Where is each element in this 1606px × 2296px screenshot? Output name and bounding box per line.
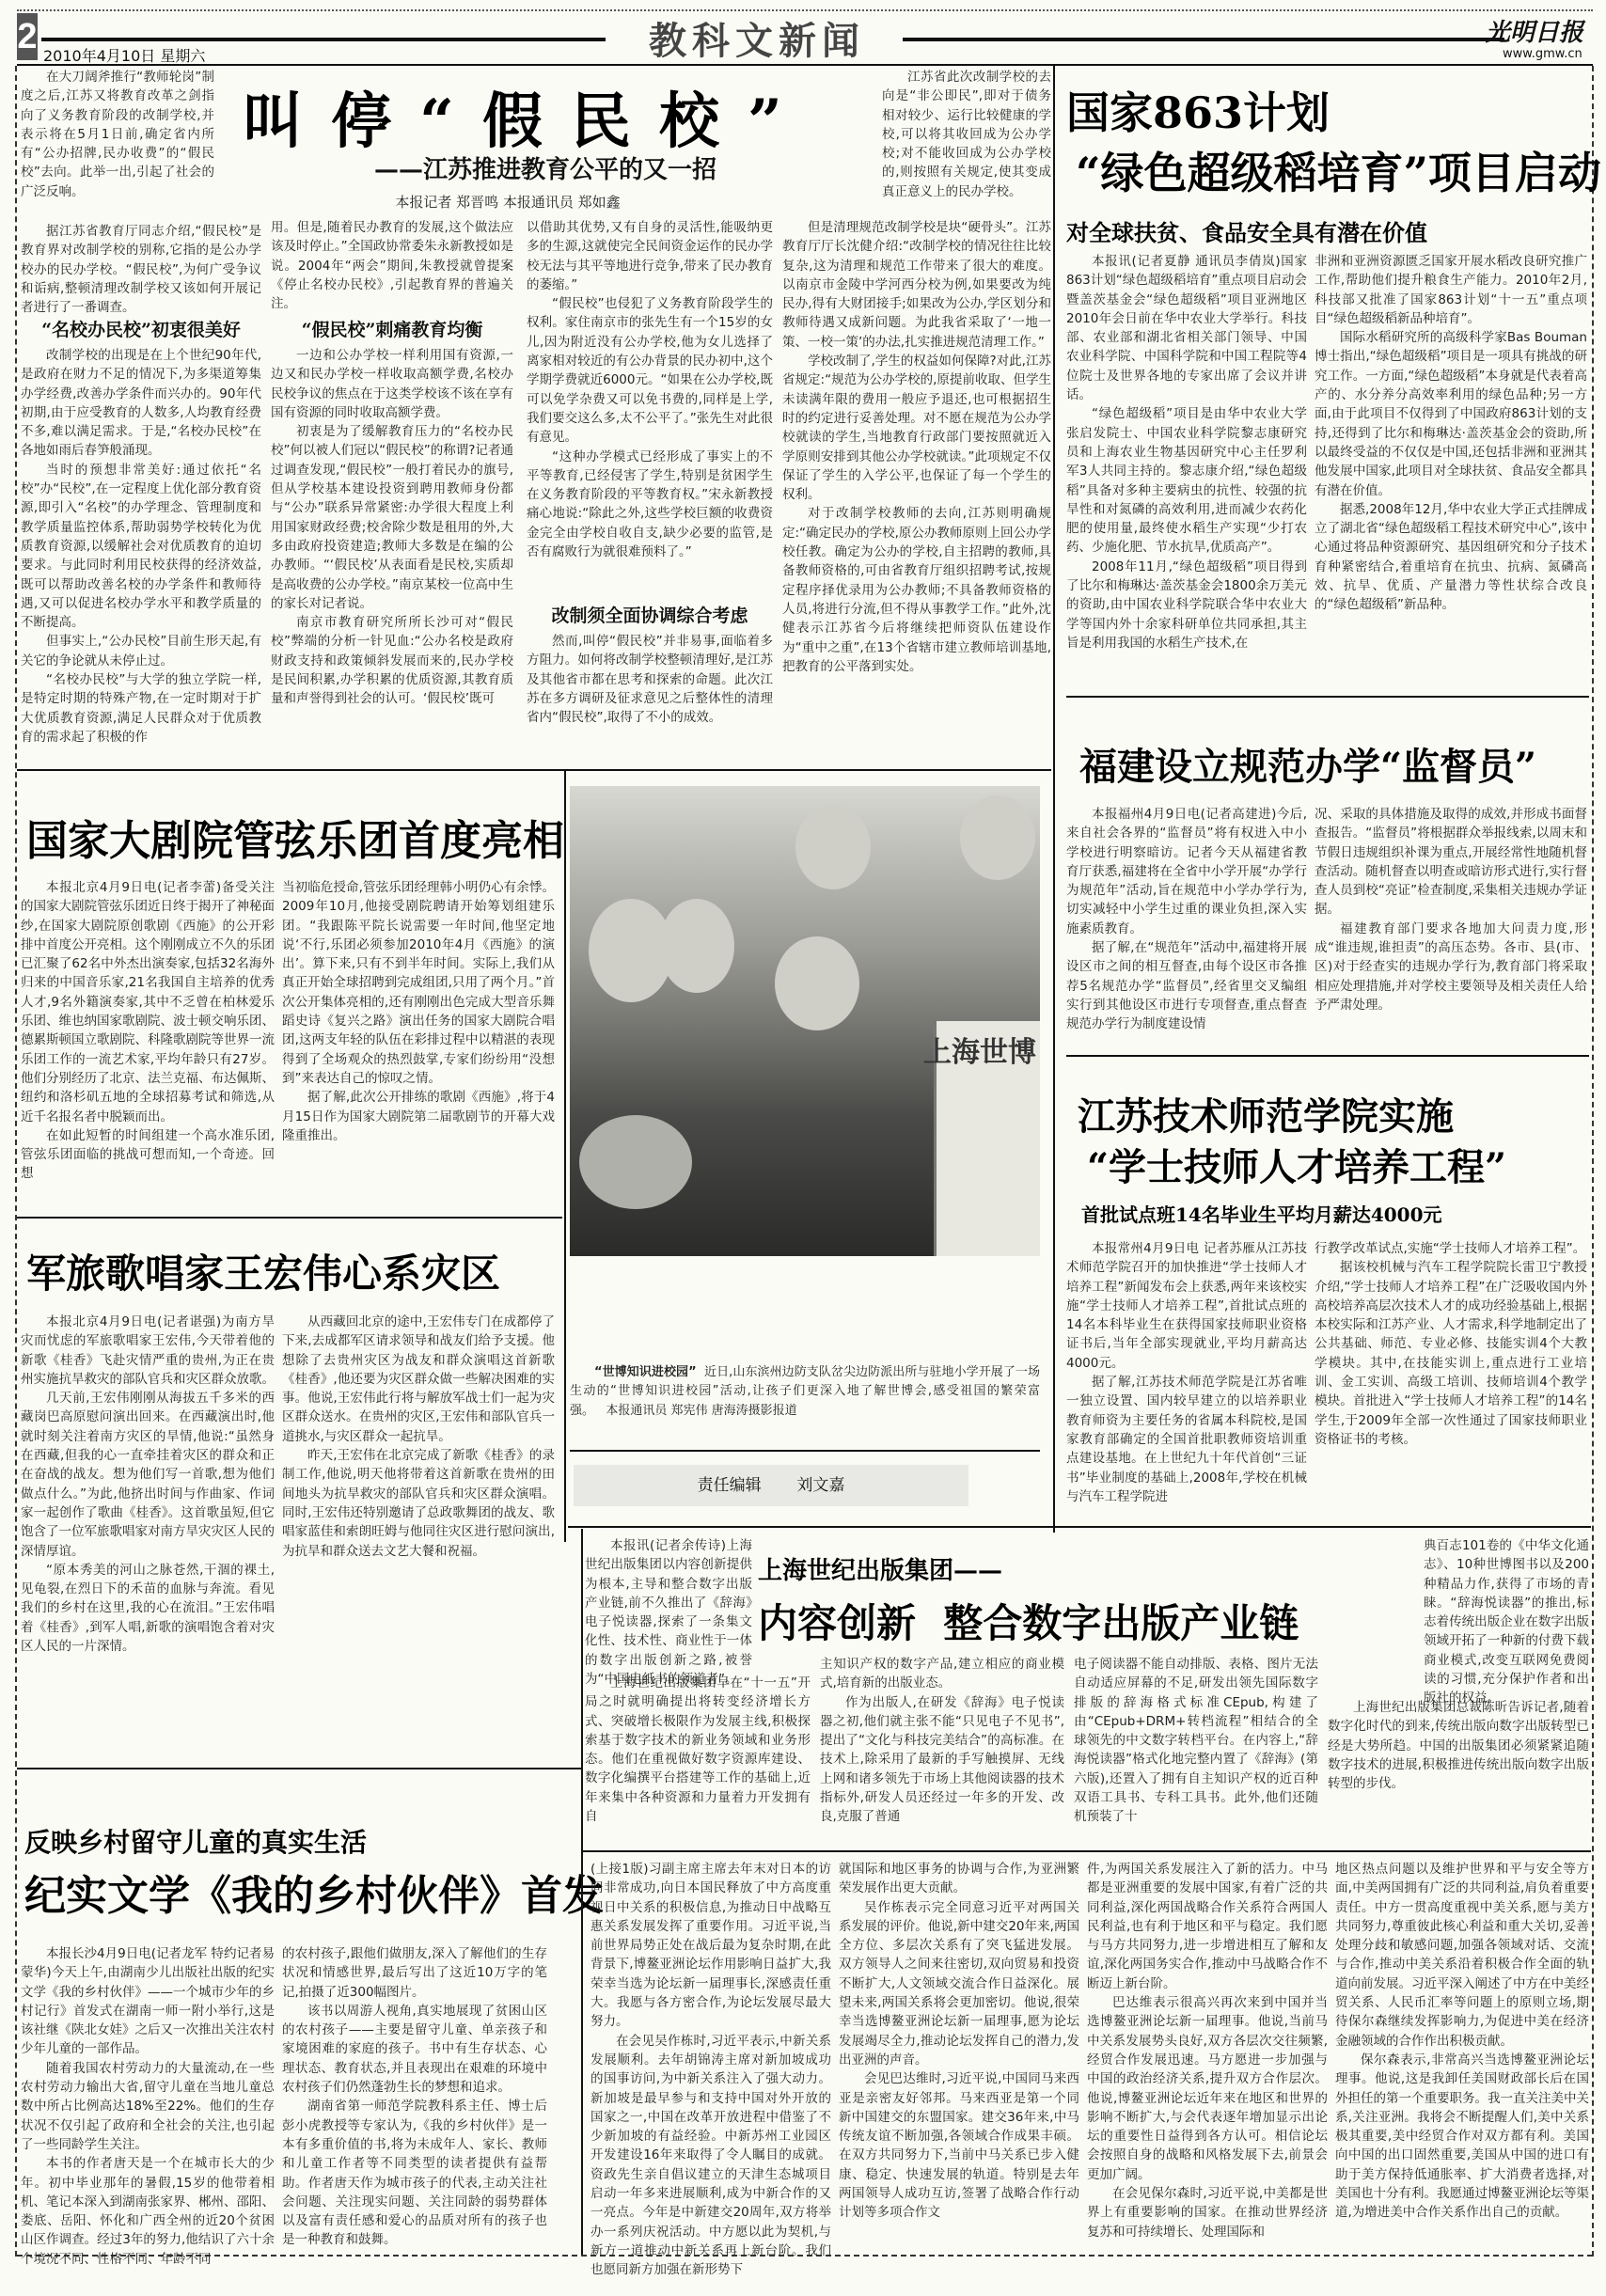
editor-label: 责任编辑 <box>698 1476 762 1495</box>
article-column: 然而,叫停“假民校”并非易事,面临着多方阻力。如何将改制学校整顿清理好,是江苏及… <box>527 632 773 727</box>
column-divider <box>1053 66 1055 1533</box>
article-headline: 福建设立规范办学“监督员” <box>1079 737 1536 791</box>
article-column: 上海世纪出版集团总裁陈昕告诉记者,随着数字化时代的到来,传统出版向数字出版转型已… <box>1328 1698 1589 1793</box>
continued-note[interactable]: (上接1版) <box>590 1862 649 1877</box>
article-column: 据江苏省教育厅同志介绍,“假民校”是教育界对改制学校的别称,它指的是公办学校办的… <box>21 222 261 317</box>
article-column: 改制学校的出现是在上个世纪90年代,是政府在财力不足的情况下,为多渠道筹集办学经… <box>21 346 261 747</box>
editor-name: 刘文嘉 <box>796 1476 844 1495</box>
article-column: 用。但是,随着民办教育的发展,这个做法应该及时停止。”全国政协常委朱永新教授如是… <box>271 218 513 313</box>
article-column: 但是清理规范改制学校是块“硬骨头”。江苏教育厅厅长沈健介绍:“改制学校的情况往往… <box>782 218 1051 676</box>
newspaper-logo: 光明日报 <box>1486 13 1583 48</box>
caption-title: “世博知识进校园” <box>594 1365 697 1379</box>
expo-poster-text: 上海世博 <box>923 1029 1036 1070</box>
article-column: 的农村孩子,跟他们做朋友,深入了解他们的生存状况和情感世界,最后写出了这近10万… <box>282 1944 547 2250</box>
masthead-rule-left <box>41 38 606 41</box>
article-column: 本报北京4月9日电(记者李蕾)备受关注的国家大剧院管弦乐团近日终于揭开了神秘面纱… <box>21 878 275 1184</box>
article-byline: 本报记者 郑晋鸣 本报通讯员 郑如鑫 <box>329 192 686 212</box>
article-kicker: 上海世纪出版集团—— <box>758 1551 1002 1586</box>
section-title: 教科文新闻 <box>616 11 898 65</box>
column-divider <box>581 1529 583 2255</box>
page-border-left <box>15 66 17 2257</box>
article-headline: 江苏技术师范学院实施 <box>1078 1087 1454 1140</box>
article-kicker: 反映乡村留守儿童的真实生活 <box>24 1822 367 1860</box>
article-lead: 在大刀阔斧推行“教师轮岗”制度之后,江苏又将教育改革之剑指向了义务教育阶段的改制… <box>21 68 214 201</box>
divider <box>568 1526 1591 1528</box>
article-subheadline: 首批试点班14名毕业生平均月薪达4000元 <box>1081 1200 1442 1227</box>
article-headline: 国家863计划 <box>1066 79 1330 141</box>
issue-date: 2010年4月10日 星期六 <box>43 44 205 66</box>
article-column: 电子阅读器不能自动排版、表格、图片无法自动适应屏幕的不足,研发出领先国际数字排版… <box>1074 1655 1318 1827</box>
masthead-rule-right <box>903 38 1504 41</box>
article-column: (上接1版)习副主席主席去年末对日本的访问非常成功,向日本国民释放了中方高度重视… <box>590 1860 831 2280</box>
article-subheadline: 对全球扶贫、食品安全具有潜在价值 <box>1066 214 1427 247</box>
responsible-editor-box: 责任编辑 刘文嘉 <box>574 1465 968 1506</box>
article-column: 行教学改革试点,实施“学士技师人才培养工程”。 据该校机械与汽车工程学院院长雷卫… <box>1315 1239 1587 1449</box>
article-headline: “学士技师人才培养工程” <box>1087 1138 1506 1191</box>
article-headline: “绿色超级稻培育”项目启动 <box>1076 139 1601 201</box>
page-border-right <box>1592 66 1594 2257</box>
column-divider <box>564 771 566 1542</box>
section-heading: “假民校”刺痛教育均衡 <box>271 316 513 341</box>
article-headline: 叫停“假民校” <box>226 73 827 160</box>
article-column: 江苏省此次改制学校的去向是“非公即民”,即对于债务相对较少、运行比较健康的学校,… <box>882 68 1051 201</box>
divider <box>583 1850 1591 1852</box>
article-headline: 纪实文学《我的乡村伙伴》首发 <box>24 1862 604 1922</box>
photo-caption: “世博知识进校园” 近日,山东滨州边防支队岔尖边防派出所与驻地小学开展了一场生动… <box>570 1363 1040 1421</box>
article-column: 以借助其优势,又有自身的灵活性,能吸纳更多的生源,这就使完全民间资金运作的民办学… <box>527 218 773 561</box>
article-subheadline: ——江苏推进教育公平的又一招 <box>320 150 771 185</box>
divider <box>17 769 1051 771</box>
section-heading: “名校办民校”初衷很美好 <box>21 316 261 341</box>
article-column: 就国际和地区事务的协调与合作,为亚洲繁荣发展作出更大贡献。 吴作栋表示完全同意习… <box>839 1860 1079 2223</box>
article-column: 本报北京4月9日电(记者谌强)为南方旱灾而忧虑的军旅歌唱家王宏伟,今天带着他的新… <box>21 1313 275 1656</box>
article-column: 况、采取的具体措施及取得的成效,并形成书面督查报告。“监督员”将根据群众举报线索… <box>1315 805 1587 1014</box>
divider <box>17 1768 581 1769</box>
article-column: 上海世纪出版集团早在“十一五”开局之时就明确提出将转变经济增长方式、突破增长极限… <box>585 1674 811 1826</box>
photo-expo-kids[interactable]: 上海世博 <box>570 786 1040 1256</box>
newspaper-url[interactable]: www.gmw.cn <box>1503 47 1582 61</box>
article-column: 主知识产权的数字产品,建立相应的商业模式,培育新的出版业态。 作为出版人,在研发… <box>820 1655 1064 1827</box>
article-headline: 国家大剧院管弦乐团首度亮相 <box>26 807 564 867</box>
divider <box>1066 696 1589 698</box>
article-headline: 内容创新 整合数字出版产业链 <box>758 1593 1299 1649</box>
section-heading: 改制须全面协调综合考虑 <box>527 602 773 627</box>
divider <box>1066 1055 1589 1057</box>
article-column: 本报常州4月9日电 记者苏雁从江苏技术师范学院召开的加快推进“学士技师人才培养工… <box>1066 1239 1307 1506</box>
article-column: 一边和公办学校一样利用国有资源,一边又和民办学校一样收取高额学费,名校办民校争议… <box>271 346 513 709</box>
article-column: 本报福州4月9日电(记者高建进)今后,来自社会各界的“监督员”将有权进入中小学校… <box>1066 805 1307 1034</box>
divider <box>17 1217 562 1219</box>
article-column: 当初临危授命,管弦乐团经理韩小明仍心有余悸。2009年10月,他接受剧院聘请开始… <box>282 878 555 1145</box>
caption-credit: 本报通讯员 郑宪伟 唐海涛摄影报道 <box>606 1404 796 1418</box>
article-headline: 军旅歌唱家王宏伟心系灾区 <box>26 1243 500 1299</box>
article-column: 从西藏回北京的途中,王宏伟专门在成都停了下来,去成都军区请求领导和战友们给予支援… <box>282 1313 555 1561</box>
divider <box>570 1450 1040 1452</box>
article-column: 非洲和亚洲资源匮乏国家开展水稻改良研究推广工作,帮助他们提升粮食生产能力。201… <box>1315 252 1587 615</box>
page-number: 2 <box>17 13 38 60</box>
article-column: 本报讯(记者夏静 通讯员李倩岚)国家863计划“绿色超级稻培育”重点项目启动会暨… <box>1066 252 1307 653</box>
article-column: 本报讯(记者余传诗)上海世纪出版集团以内容创新提供为根本,主导和整合数字出版产业… <box>585 1536 752 1689</box>
article-column: 典百志101卷的《中华文化通志》、10种世博图书以及200种精品力作,获得了市场… <box>1424 1536 1589 1708</box>
masthead-bottom-rule <box>17 64 1593 66</box>
article-column: 本报长沙4月9日电(记者龙军 特约记者易蒙华)今天上午,由湖南少儿出版社出版的纪… <box>21 1944 275 2269</box>
article-column: 地区热点问题以及维护世界和平与安全等方面,中美两国拥有广泛的共同利益,肩负着重要… <box>1335 1860 1589 2223</box>
article-column: 件,为两国关系发展注入了新的活力。中马都是亚洲重要的发展中国家,有着广泛的共同利… <box>1087 1860 1328 2241</box>
